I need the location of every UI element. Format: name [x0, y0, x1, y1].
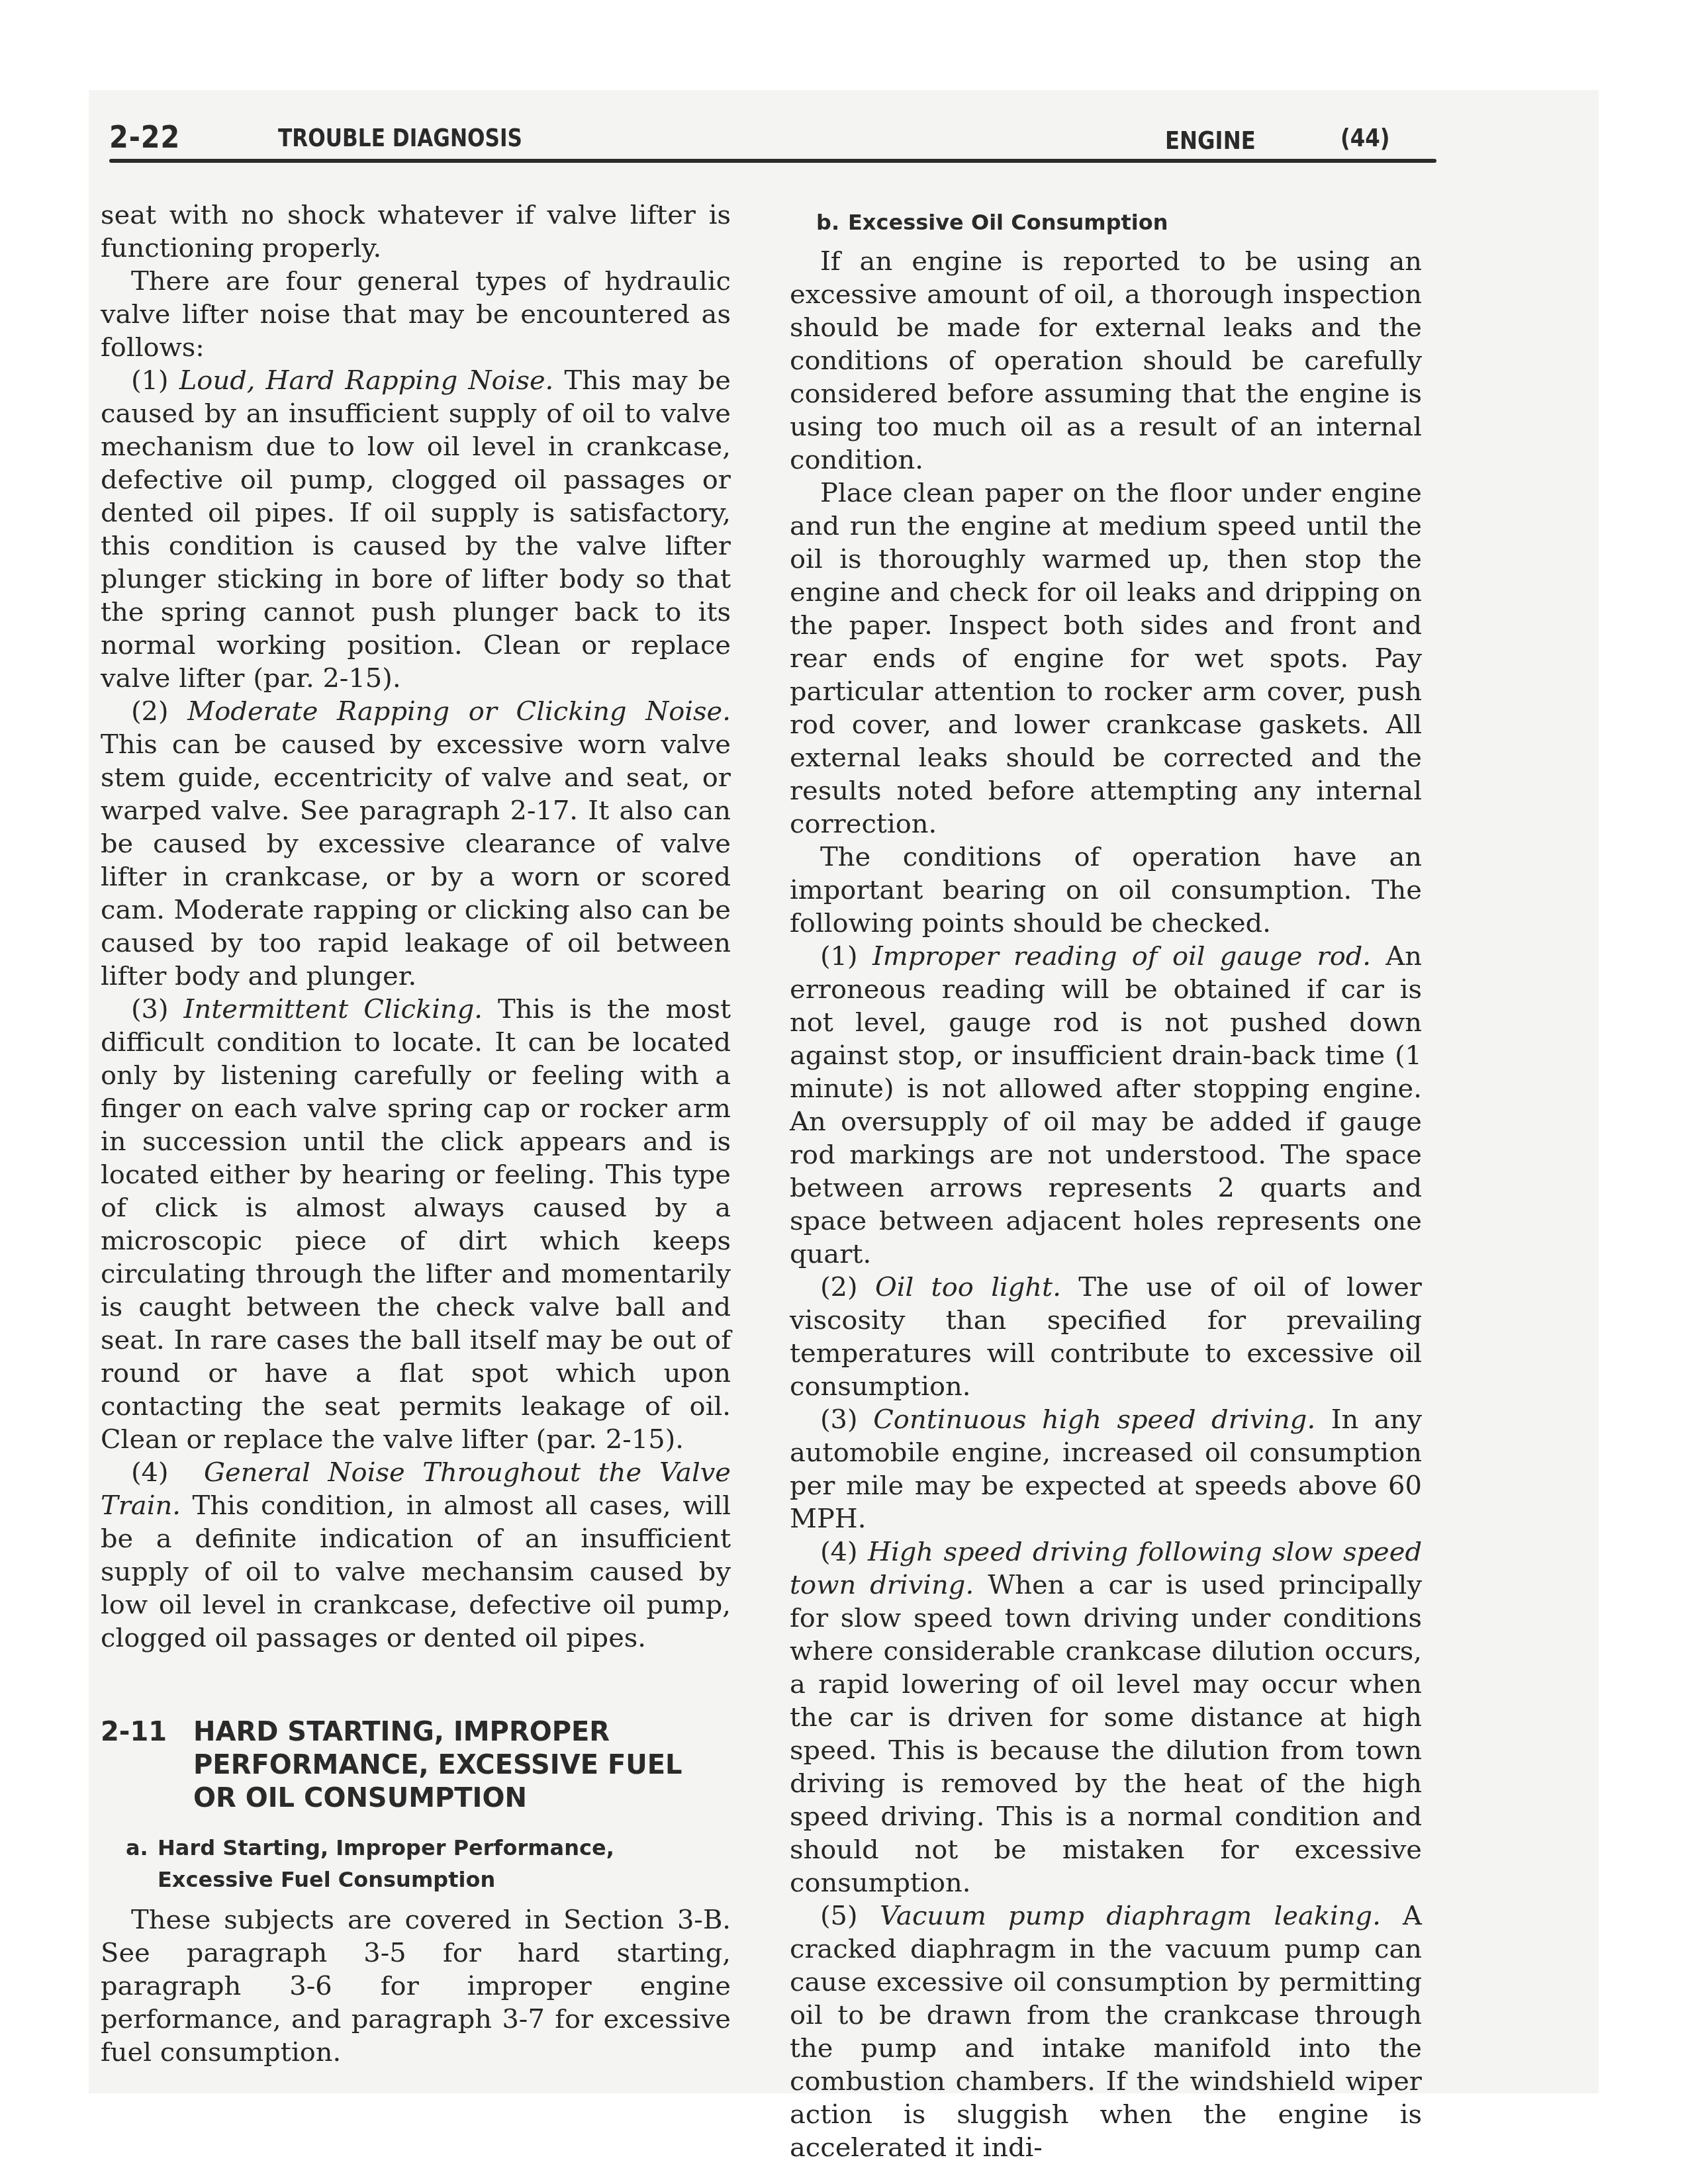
item-text: An erroneous reading will be obtained if… [790, 941, 1422, 1269]
paragraph-text: These subjects are covered in Section 3-… [101, 1905, 731, 2068]
list-item: (2) Moderate Rapping or Clicking Noise. … [101, 695, 731, 993]
paragraph-text: seat with no shock whatever if valve lif… [101, 200, 731, 263]
list-item: (5) Vacuum pump diaphragm leaking. A cra… [790, 1899, 1422, 2164]
list-item: (4) General Noise Throughout the Valve T… [101, 1456, 731, 1655]
item-number: (2) [820, 1272, 858, 1302]
item-title: Loud, Hard Rapping Noise. [179, 365, 554, 396]
item-number: (1) [820, 941, 858, 972]
page-number: 2-22 [109, 119, 180, 155]
subsection-letter: a. [126, 1832, 158, 1895]
item-number: (3) [820, 1404, 858, 1435]
item-title: Intermittent Clicking. [184, 994, 483, 1024]
paragraph: seat with no shock whatever if valve lif… [101, 199, 731, 265]
section-number: 2-11 [101, 1715, 193, 1815]
list-item: (1) Loud, Hard Rapping Noise. This may b… [101, 364, 731, 695]
subsection-heading: a. Hard Starting, Improper Performance, … [126, 1832, 731, 1895]
section-code: (44) [1340, 123, 1389, 152]
paragraph: Place clean paper on the floor under eng… [790, 477, 1422, 841]
item-text: This is the most difficult condition to … [101, 994, 731, 1455]
section-label: ENGINE [1165, 126, 1256, 155]
paragraph-text: The conditions of operation have an impo… [790, 842, 1422, 938]
item-number: (3) [131, 994, 169, 1024]
item-text: When a car is used principally for slow … [790, 1570, 1422, 1898]
item-number: (4) [131, 1457, 169, 1488]
list-item: (4) High speed driving following slow sp… [790, 1535, 1422, 1899]
chapter-title: TROUBLE DIAGNOSIS [278, 123, 522, 152]
item-title: Moderate Rapping or Clicking Noise. [187, 696, 731, 727]
subsection-title: Hard Starting, Improper Performance, Exc… [158, 1832, 731, 1895]
item-text: A cracked diaphragm in the vacuum pump c… [790, 1901, 1422, 2163]
item-number: (2) [131, 696, 169, 727]
item-title: Improper reading of oil gauge rod. [872, 941, 1371, 972]
paragraph-text: If an engine is reported to be using an … [790, 246, 1422, 475]
list-item: (1) Improper reading of oil gauge rod. A… [790, 940, 1422, 1271]
item-title: Continuous high speed driving. [873, 1404, 1315, 1435]
item-text: This may be caused by an insufficient su… [101, 365, 731, 694]
item-number: (5) [820, 1901, 858, 1931]
left-column: seat with no shock whatever if valve lif… [101, 199, 731, 2069]
paragraph-text: There are four general types of hydrauli… [101, 266, 731, 363]
page-header: 2-22 TROUBLE DIAGNOSIS ENGINE (44) [109, 119, 1436, 160]
paragraph: If an engine is reported to be using an … [790, 245, 1422, 477]
list-item: (3) Continuous high speed driving. In an… [790, 1403, 1422, 1535]
paragraph: These subjects are covered in Section 3-… [101, 1903, 731, 2069]
section-title: HARD STARTING, IMPROPER PERFORMANCE, EXC… [193, 1715, 731, 1815]
paragraph: The conditions of operation have an impo… [790, 841, 1422, 940]
item-title: Oil too light. [875, 1272, 1061, 1302]
item-title: Vacuum pump diaphragm leaking. [880, 1901, 1381, 1931]
list-item: (2) Oil too light. The use of oil of low… [790, 1271, 1422, 1403]
paragraph-text: Place clean paper on the floor under eng… [790, 478, 1422, 839]
right-column: b. Excessive Oil Consumption If an engin… [790, 206, 1422, 2164]
section-heading: 2-11 HARD STARTING, IMPROPER PERFORMANCE… [101, 1715, 731, 1815]
item-number: (4) [820, 1537, 858, 1567]
item-number: (1) [131, 365, 169, 396]
subsection-letter: b. [816, 206, 848, 238]
paragraph: There are four general types of hydrauli… [101, 265, 731, 364]
list-item: (3) Intermittent Clicking. This is the m… [101, 993, 731, 1456]
item-text: This can be caused by excessive worn val… [101, 729, 731, 991]
subsection-heading: b. Excessive Oil Consumption [816, 206, 1422, 238]
header-rule [109, 159, 1436, 163]
subsection-title: Excessive Oil Consumption [848, 206, 1422, 238]
item-text: This condition, in almost all cases, wil… [101, 1490, 731, 1653]
